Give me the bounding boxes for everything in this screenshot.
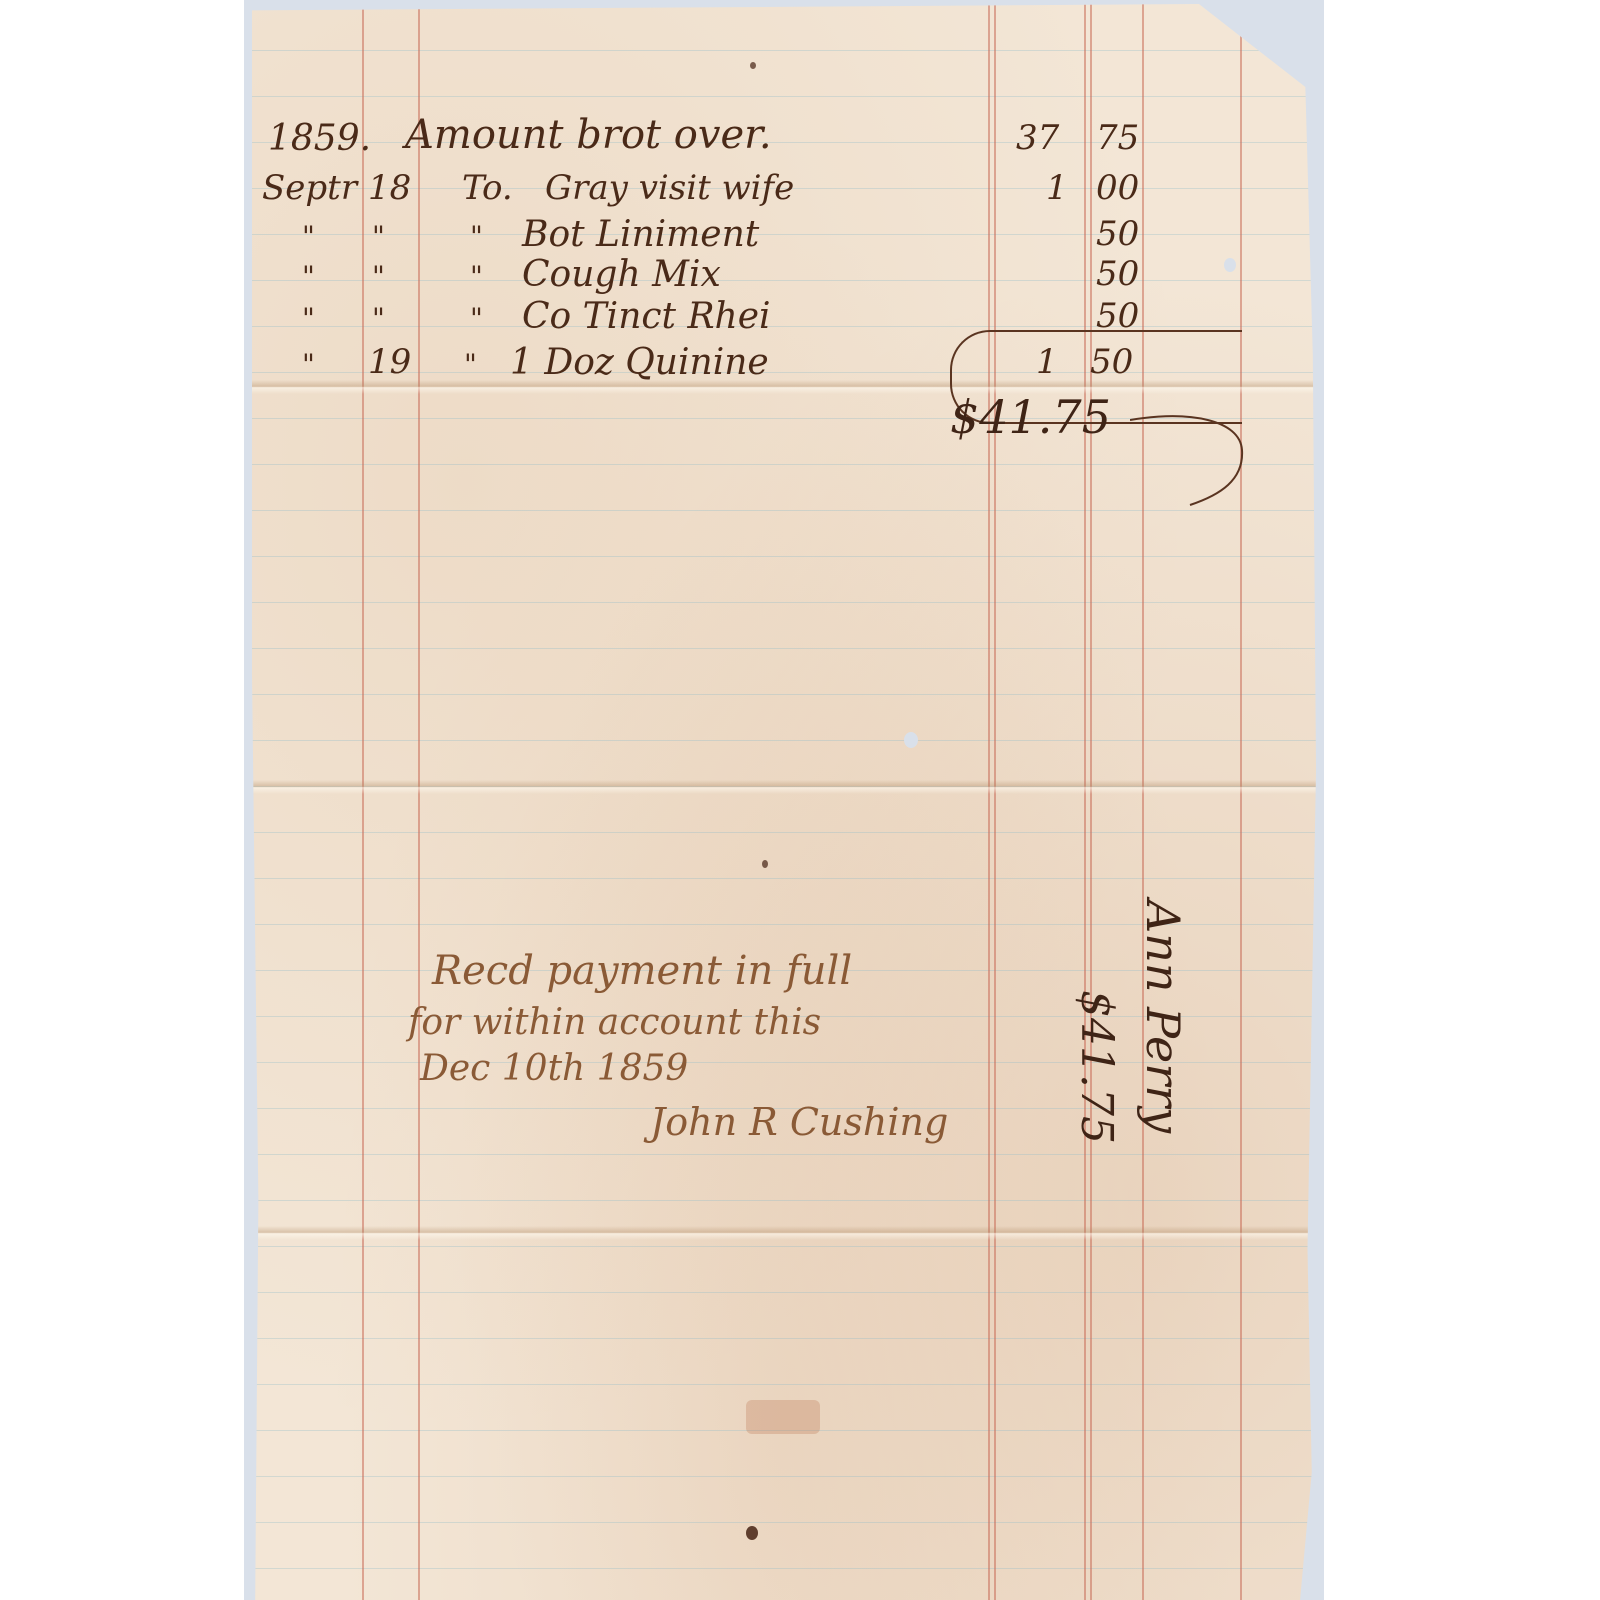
- ruled-line: [252, 1384, 1316, 1385]
- ledger-header-row: 1859. Amount brot over. 37 75: [0, 118, 1600, 162]
- entry-item: Co Tinct Rhei: [522, 296, 771, 337]
- fold-crease: [252, 780, 1316, 794]
- entry-item: Bot Liniment: [522, 214, 759, 255]
- entry-ditto: ": [470, 302, 483, 335]
- receipt-line-1: Recd payment in full: [432, 948, 852, 994]
- ruled-line: [252, 1476, 1316, 1477]
- receipt-date: Dec 10th 1859: [420, 1048, 688, 1089]
- ledger-row: Septr 18 To. Gray visit wife 1 00: [0, 168, 1600, 212]
- endorsement-amount: $41.75: [1071, 990, 1122, 1144]
- ink-blot: [762, 860, 768, 868]
- ruled-line: [252, 878, 1316, 879]
- endorsement-name: Ann Perry: [1136, 900, 1190, 1133]
- ruled-line: [252, 1292, 1316, 1293]
- entry-cents: 00: [1096, 168, 1139, 208]
- ruled-line: [252, 1338, 1316, 1339]
- entry-month: ": [302, 260, 315, 293]
- entry-item: Cough Mix: [522, 254, 721, 295]
- entry-month: ": [302, 348, 315, 381]
- ruled-line: [252, 1522, 1316, 1523]
- ink-blot: [750, 62, 756, 69]
- ruled-line: [252, 1200, 1316, 1201]
- ruled-line: [252, 832, 1316, 833]
- ruled-line: [252, 694, 1316, 695]
- ledger-year: 1859.: [268, 118, 371, 159]
- entry-ditto: ": [470, 220, 483, 253]
- ledger-header-entry: Amount brot over.: [405, 112, 772, 158]
- paper-hole: [904, 732, 918, 748]
- header-amount-cents: 75: [1096, 118, 1139, 158]
- ledger-row: " 19 " 1 Doz Quinine 1 50: [0, 342, 1600, 386]
- ruled-line: [252, 740, 1316, 741]
- ruled-line: [252, 96, 1316, 97]
- header-amount-dollars: 37: [1016, 118, 1059, 158]
- ink-blot: [746, 1526, 758, 1540]
- receipt-line-2: for within account this: [408, 1002, 821, 1043]
- entry-month: ": [302, 220, 315, 253]
- rust-stain: [746, 1400, 820, 1434]
- receipt-signature: John R Cushing: [650, 1100, 948, 1144]
- entry-cents: 50: [1096, 214, 1139, 254]
- total-underline-flourish: [1130, 380, 1250, 510]
- ruled-line: [252, 50, 1316, 51]
- entry-cents: 50: [1096, 254, 1139, 294]
- entry-month: ": [302, 302, 315, 335]
- entry-day: ": [372, 302, 385, 335]
- entry-day: ": [372, 220, 385, 253]
- entry-item: 1 Doz Quinine: [510, 342, 769, 383]
- ruled-line: [252, 510, 1316, 511]
- entry-day: 19: [368, 342, 411, 382]
- ruled-line: [252, 602, 1316, 603]
- ledger-row: " " " Co Tinct Rhei 50: [0, 296, 1600, 340]
- ledger-total: $41.75: [950, 390, 1111, 444]
- entry-month: Septr: [262, 168, 357, 208]
- ruled-line: [252, 556, 1316, 557]
- entry-ditto: To.: [462, 168, 513, 208]
- ruled-line: [252, 648, 1316, 649]
- entry-day: 18: [368, 168, 411, 208]
- entry-item: Gray visit wife: [545, 168, 794, 208]
- entry-day: ": [372, 260, 385, 293]
- fold-crease: [252, 1226, 1316, 1240]
- ruled-line: [252, 1568, 1316, 1569]
- ruled-line: [252, 1246, 1316, 1247]
- ledger-row: " " " Cough Mix 50: [0, 254, 1600, 298]
- entry-dollars: 1: [1046, 168, 1068, 208]
- entry-ditto: ": [470, 260, 483, 293]
- ledger-row: " " " Bot Liniment 50: [0, 214, 1600, 258]
- entry-ditto: ": [464, 348, 477, 381]
- ruled-line: [252, 1154, 1316, 1155]
